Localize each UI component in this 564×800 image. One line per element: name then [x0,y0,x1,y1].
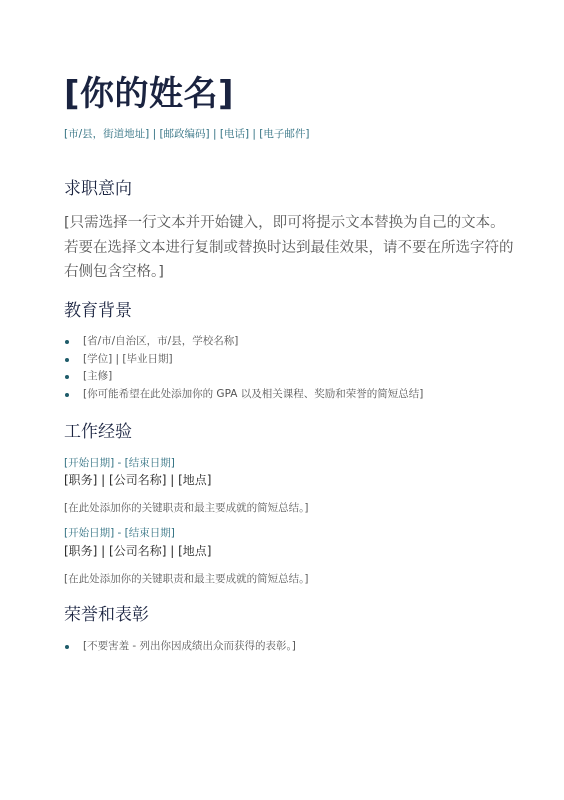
education-item[interactable]: [你可能希望在此处添加你的 GPA 以及相关课程、奖励和荣誉的简短总结] [64,386,423,404]
job-summary[interactable]: [在此处添加你的关键职责和最主要成就的简短总结。] [64,572,308,586]
job-role[interactable]: [职务] | [公司名称] | [地点] [64,472,211,488]
objective-heading: 求职意向 [64,178,132,200]
job-dates[interactable]: [开始日期] - [结束日期] [64,526,175,540]
bullet-icon [65,340,69,344]
bullet-icon [65,375,69,379]
education-item[interactable]: [学位] | [毕业日期] [64,351,423,369]
bullet-icon [65,645,69,649]
job-summary[interactable]: [在此处添加你的关键职责和最主要成就的简短总结。] [64,501,308,515]
experience-heading: 工作经验 [64,421,132,443]
honors-heading: 荣誉和表彰 [64,604,149,626]
applicant-name[interactable]: [你的姓名] [64,72,234,116]
job-role[interactable]: [职务] | [公司名称] | [地点] [64,543,211,559]
job-dates[interactable]: [开始日期] - [结束日期] [64,456,175,470]
education-list: [省/市/自治区，市/县，学校名称] [学位] | [毕业日期] [主修] [你… [64,333,423,403]
bullet-icon [65,358,69,362]
honors-list: [不要害羞 - 列出你因成绩出众而获得的表彰。] [64,638,296,656]
education-item[interactable]: [主修] [64,368,423,386]
objective-text[interactable]: [只需选择一行文本并开始键入，即可将提示文本替换为自己的文本。若要在选择文本进行… [64,211,514,285]
education-heading: 教育背景 [64,300,132,322]
education-item[interactable]: [省/市/自治区，市/县，学校名称] [64,333,423,351]
bullet-icon [65,393,69,397]
honors-item[interactable]: [不要害羞 - 列出你因成绩出众而获得的表彰。] [64,638,296,656]
contact-info[interactable]: [市/县，街道地址] | [邮政编码] | [电话] | [电子邮件] [64,127,309,141]
